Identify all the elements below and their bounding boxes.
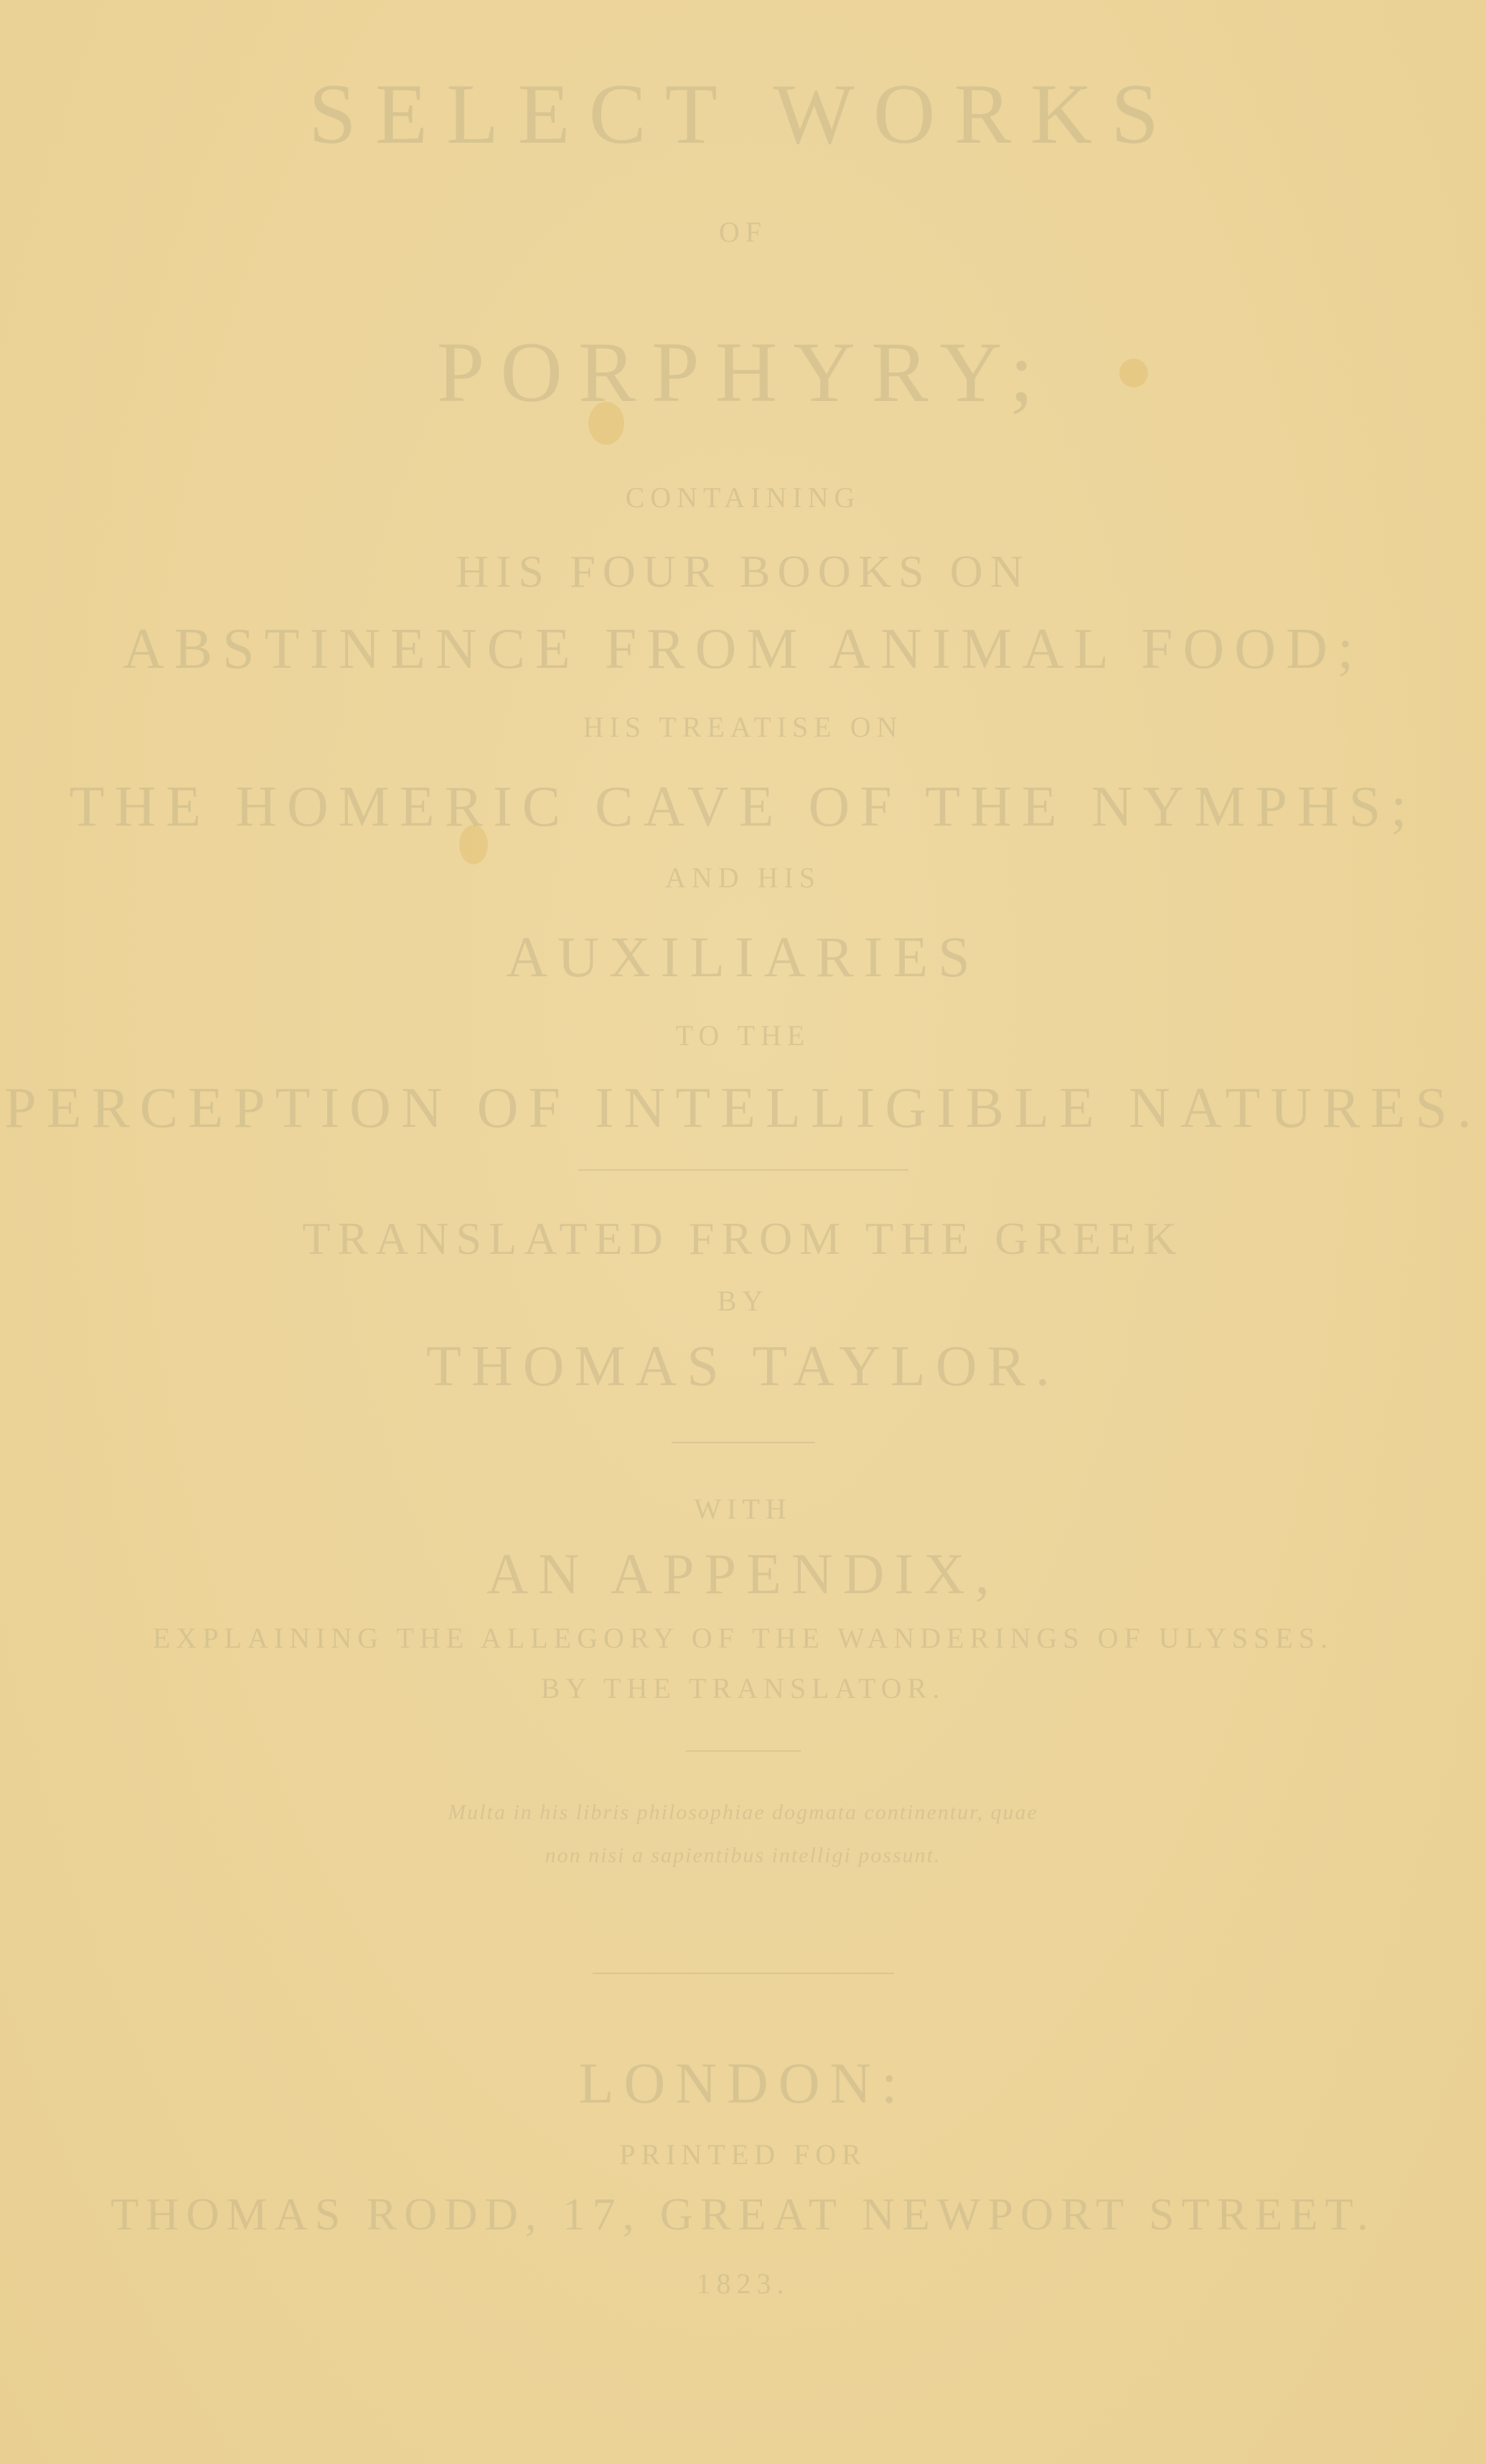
divider (686, 1750, 801, 1752)
title-porphyry: PORPHYRY; (0, 323, 1486, 422)
divider (578, 1169, 908, 1171)
divider (593, 1973, 894, 1974)
title-page: SELECT WORKS OF PORPHYRY; CONTAINING HIS… (0, 0, 1486, 2464)
epigraph-line-2: non nisi a sapientibus intelligi possunt… (0, 1844, 1486, 1868)
appendix-description: EXPLAINING THE ALLEGORY OF THE WANDERING… (0, 1621, 1486, 1655)
and-his: AND HIS (0, 861, 1486, 895)
his-four-books: HIS FOUR BOOKS ON (0, 545, 1486, 598)
abstinence-title: ABSTINENCE FROM ANIMAL FOOD; (0, 617, 1486, 682)
with-label: WITH (0, 1492, 1486, 1526)
homeric-cave-title: THE HOMERIC CAVE OF THE NYMPHS; (0, 775, 1486, 840)
stain (1119, 359, 1148, 387)
printer: THOMAS RODD, 17, GREAT NEWPORT STREET. (0, 2188, 1486, 2241)
divider (672, 1442, 815, 1443)
stain (459, 825, 488, 864)
auxiliaries-title: AUXILIARIES (0, 925, 1486, 991)
title-of: OF (0, 215, 1486, 249)
to-the: TO THE (0, 1019, 1486, 1052)
his-treatise: HIS TREATISE ON (0, 710, 1486, 744)
year: 1823. (0, 2267, 1486, 2300)
translated-from: TRANSLATED FROM THE GREEK (0, 1212, 1486, 1265)
epigraph-line-1: Multa in his libris philosophiae dogmata… (0, 1800, 1486, 1825)
translator-name: THOMAS TAYLOR. (0, 1334, 1486, 1399)
by-the-translator: BY THE TRANSLATOR. (0, 1671, 1486, 1705)
containing-label: CONTAINING (0, 481, 1486, 514)
printed-for: PRINTED FOR (0, 2138, 1486, 2171)
perception-title: PERCEPTION OF INTELLIGIBLE NATURES. (0, 1076, 1486, 1141)
city: LONDON: (0, 2052, 1486, 2117)
by-label: BY (0, 1284, 1486, 1318)
title-select-works: SELECT WORKS (0, 65, 1486, 164)
appendix-title: AN APPENDIX, (0, 1542, 1486, 1608)
stain (588, 402, 624, 445)
